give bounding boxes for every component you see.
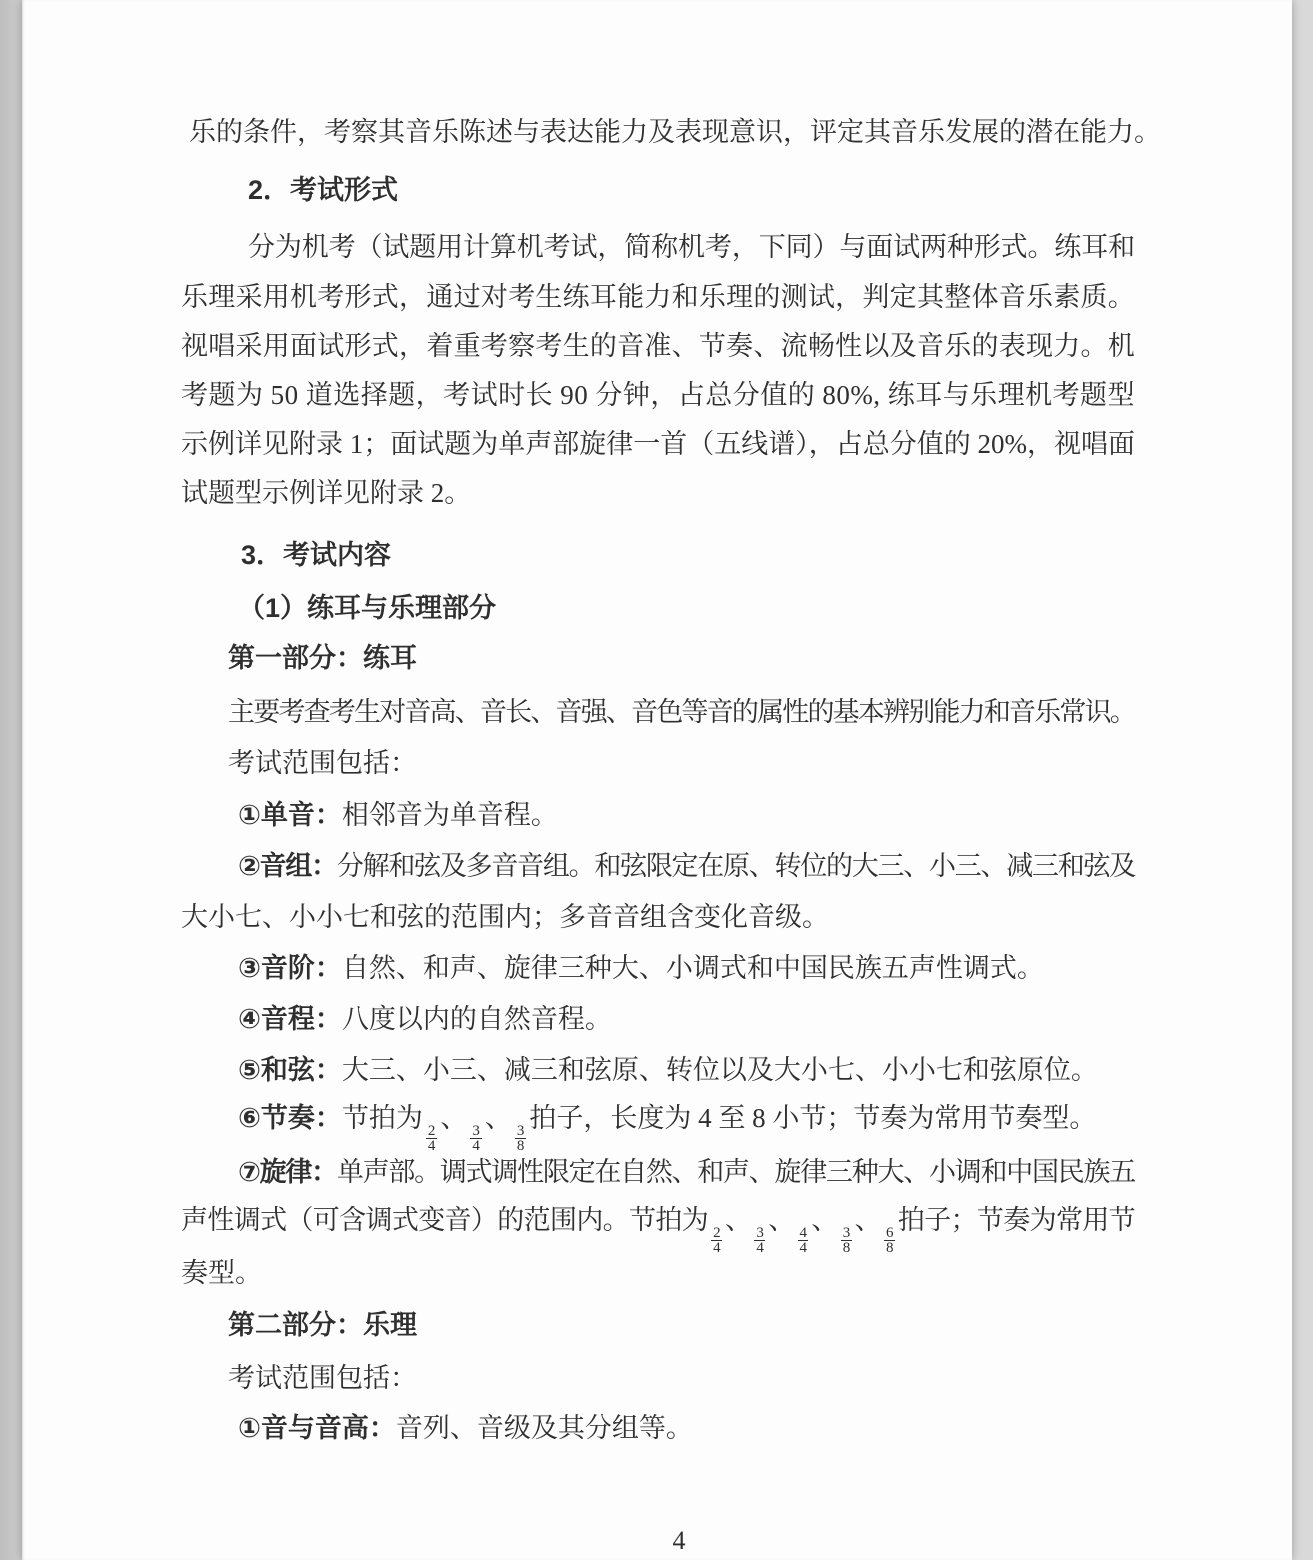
text-line: 考试范围包括： [228,743,1135,783]
time-signature-fraction: 38 [515,1124,527,1153]
text-run: 拍子，长度为 4 至 8 小节；节奏为常用节奏型。 [529,1103,1096,1133]
text-run: 视唱采用面试形式，着重考察考生的音准、节奏、流畅性以及音乐的表现力。机 [181,331,1135,361]
bold-text-run: （1）练耳与乐理部分 [238,593,496,623]
bold-text-run: ⑦旋律： [238,1157,337,1187]
text-run: 主要考查考生对音高、音长、音强、音色等音的属性的基本辨别能力和音乐常识。 [228,697,1135,727]
text-line: 大小七、小小七和弦的范围内；多音音组含变化音级。 [181,897,1135,937]
text-line: 示例详见附录 1；面试题为单声部旋律一首（五线谱），占总分值的 20%，视唱面 [181,424,1135,464]
text-run: 、 [440,1103,467,1133]
bold-text-run: ④音程： [238,1004,342,1034]
text-run: 分为机考（试题用计算机考试，简称机考，下同）与面试两种形式。练耳和 [248,232,1135,262]
time-signature-fraction: 44 [798,1226,809,1255]
text-run: 考题为 50 道选择题，考试时长 90 分钟，占总分值的 80%, 练耳与乐理机… [181,380,1135,410]
document-page: 4 乐的条件，考察其音乐陈述与表达能力及表现意识，评定其音乐发展的潜在能力。2．… [22,0,1292,1560]
time-signature-fraction: 34 [470,1124,482,1153]
text-line: ①单音：相邻音为单音程。 [238,795,1135,835]
text-run: 、 [855,1205,881,1235]
text-line: 考题为 50 道选择题，考试时长 90 分钟，占总分值的 80%, 练耳与乐理机… [181,375,1135,415]
text-run: 考试范围包括： [228,748,417,778]
bold-text-run: 第二部分：乐理 [228,1310,417,1340]
scanner-background-left [0,0,22,1560]
bold-text-run: ①单音： [238,800,342,830]
text-line: ⑤和弦：大三、小三、减三和弦原、转位以及大小七、小小七和弦原位。 [238,1050,1135,1090]
text-line: 分为机考（试题用计算机考试，简称机考，下同）与面试两种形式。练耳和 [248,227,1135,267]
scanner-background-right [1292,0,1313,1560]
text-line: ①音与音高：音列、音级及其分组等。 [238,1408,1135,1448]
text-run: 单声部。调式调性限定在自然、和声、旋律三种大、小调和中国民族五 [337,1157,1135,1187]
time-signature-fraction: 34 [754,1226,765,1255]
bold-text-run: 3．考试内容 [241,540,391,570]
text-line: 试题型示例详见附录 2。 [181,473,1135,513]
text-run: 大三、小三、减三和弦原、转位以及大小七、小小七和弦原位。 [342,1055,1098,1085]
text-run: 大小七、小小七和弦的范围内；多音音组含变化音级。 [181,902,829,932]
text-line: 第一部分：练耳 [228,638,1135,678]
text-line: ③音阶：自然、和声、旋律三种大、小调式和中国民族五声性调式。 [238,948,1135,988]
text-line: ④音程：八度以内的自然音程。 [238,999,1135,1039]
text-run: 自然、和声、旋律三种大、小调式和中国民族五声性调式。 [342,953,1044,983]
text-run: 奏型。 [181,1258,262,1288]
text-line: （1）练耳与乐理部分 [238,588,1135,628]
text-line: ⑦旋律：单声部。调式调性限定在自然、和声、旋律三种大、小调和中国民族五 [238,1152,1135,1192]
text-line: 声性调式（可含调式变音）的范围内。节拍为24、34、44、38、68拍子；节奏为… [181,1200,1135,1255]
text-run: 考试范围包括： [228,1363,417,1393]
bold-text-run: 第一部分：练耳 [228,643,417,673]
text-run: 拍子；节奏为常用节 [898,1205,1135,1235]
page-number: 4 [639,1526,719,1556]
bold-text-run: ⑤和弦： [238,1055,342,1085]
text-run: 、 [485,1103,512,1133]
text-run: 相邻音为单音程。 [342,800,558,830]
bold-text-run: ③音阶： [238,953,342,983]
text-run: 、 [725,1205,751,1235]
text-line: ②音组：分解和弦及多音音组。和弦限定在原、转位的大三、小三、减三和弦及 [238,846,1135,886]
text-run: 八度以内的自然音程。 [342,1004,612,1034]
text-line: 2．考试形式 [248,170,1135,210]
text-line: 乐理采用机考形式，通过对考生练耳能力和乐理的测试，判定其整体音乐素质。 [181,277,1135,317]
text-line: 主要考查考生对音高、音长、音强、音色等音的属性的基本辨别能力和音乐常识。 [228,692,1135,732]
text-run: 分解和弦及多音音组。和弦限定在原、转位的大三、小三、减三和弦及 [337,851,1135,881]
text-run: 乐理采用机考形式，通过对考生练耳能力和乐理的测试，判定其整体音乐素质。 [181,282,1135,312]
bold-text-run: ⑥节奏： [238,1103,342,1133]
text-run: 试题型示例详见附录 2。 [181,478,471,508]
bold-text-run: ①音与音高： [238,1413,396,1443]
bold-text-run: ②音组： [238,851,337,881]
text-line: 乐的条件，考察其音乐陈述与表达能力及表现意识，评定其音乐发展的潜在能力。 [189,112,1135,152]
text-run: 示例详见附录 1；面试题为单声部旋律一首（五线谱），占总分值的 20%，视唱面 [181,429,1135,459]
text-run: 、 [768,1205,794,1235]
time-signature-fraction: 24 [426,1124,438,1153]
text-line: ⑥节奏：节拍为24、34、38拍子，长度为 4 至 8 小节；节奏为常用节奏型。 [238,1098,1135,1153]
text-line: 第二部分：乐理 [228,1305,1135,1345]
text-run: 音列、音级及其分组等。 [396,1413,693,1443]
time-signature-fraction: 24 [711,1226,722,1255]
text-run: 节拍为 [342,1103,423,1133]
text-line: 考试范围包括： [228,1358,1135,1398]
text-line: 3．考试内容 [241,535,1135,575]
text-run: 乐的条件，考察其音乐陈述与表达能力及表现意识，评定其音乐发展的潜在能力。 [189,117,1161,147]
text-line: 奏型。 [181,1253,1135,1293]
time-signature-fraction: 38 [841,1226,852,1255]
text-run: 声性调式（可含调式变音）的范围内。节拍为 [181,1205,708,1235]
text-line: 视唱采用面试形式，着重考察考生的音准、节奏、流畅性以及音乐的表现力。机 [181,326,1135,366]
time-signature-fraction: 68 [884,1226,895,1255]
text-run: 、 [811,1205,837,1235]
bold-text-run: 2．考试形式 [248,175,398,205]
